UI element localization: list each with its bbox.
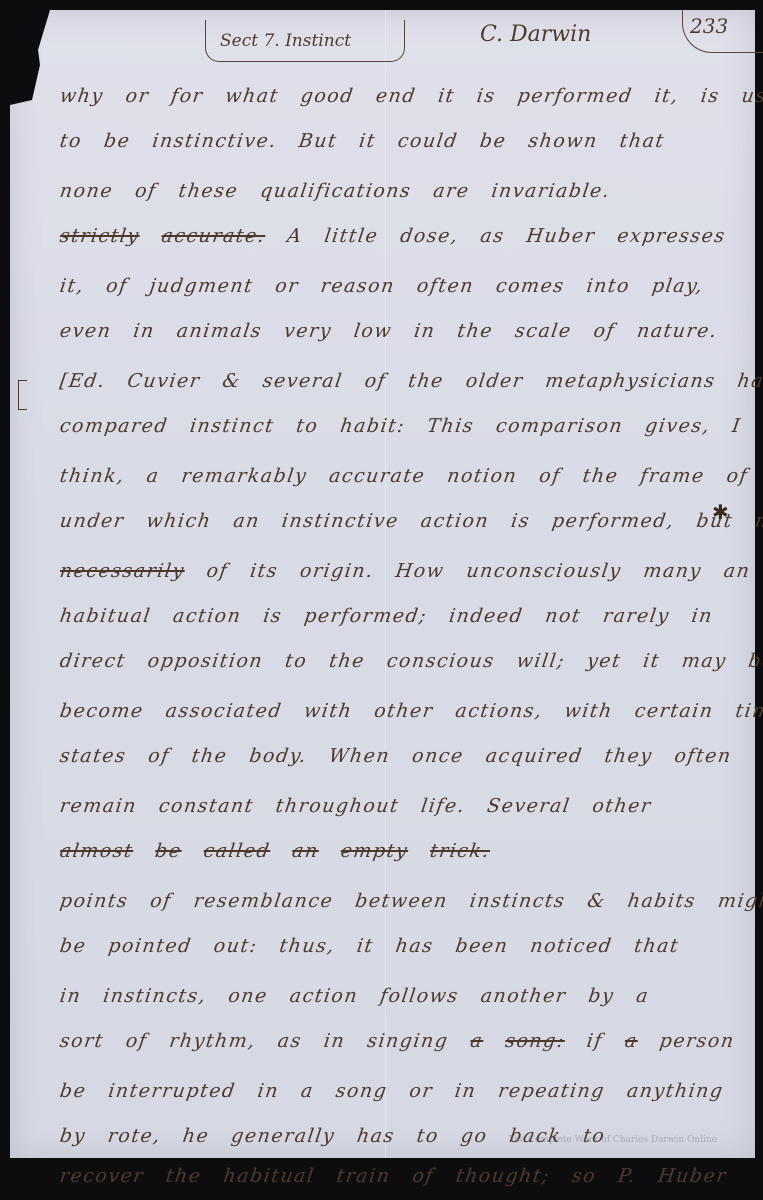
editorial-bracket	[18, 380, 27, 410]
manuscript-line: habitualactionisperformed;indeednotrarel…	[58, 605, 724, 627]
manuscript-line: beinterruptedinasongorinrepeatinganythin…	[58, 1080, 724, 1102]
manuscript-line: bepointedout:thus,ithasbeennoticedthat	[58, 935, 724, 957]
manuscript-line: eveninanimalsverylowinthescaleofnature.	[58, 320, 724, 342]
manuscript-line: sortofrhythm,asinsingingasong:ifaperson	[58, 1030, 724, 1052]
manuscript-line: almostbecalledanemptytrick.	[58, 840, 724, 862]
manuscript-line: ininstincts,oneactionfollowsanotherbya	[58, 985, 724, 1007]
manuscript-line: whyorforwhatgoodenditisperformedit,isusu…	[58, 85, 724, 107]
watermark: The Complete Work of Charles Darwin Onli…	[508, 1135, 717, 1145]
section-header: Sect 7. Instinct	[205, 20, 405, 62]
manuscript-line: [Ed.Cuvier&severaloftheoldermetaphysicia…	[58, 370, 724, 392]
page-number: 233	[690, 14, 728, 38]
manuscript-line: strictlyaccurate.Alittledose,asHuberexpr…	[58, 225, 724, 247]
section-label: Sect 7. Instinct	[220, 31, 351, 51]
manuscript-line: think,aremarkablyaccuratenotionofthefram…	[58, 465, 724, 487]
manuscript-line: remainconstantthroughoutlife.Severalothe…	[58, 795, 724, 817]
manuscript-line: comparedinstincttohabit:Thiscomparisongi…	[58, 415, 724, 437]
manuscript-line: necessarilyofitsorigin.Howunconsciouslym…	[58, 560, 724, 582]
manuscript-line: pointsofresemblancebetweeninstincts&habi…	[58, 890, 724, 912]
manuscript-line: statesofthebody.Whenonceacquiredtheyofte…	[58, 745, 724, 767]
manuscript-line: noneofthesequalificationsareinvariable.	[58, 180, 724, 202]
manuscript-line: directoppositiontotheconsciouswill;yetit…	[58, 650, 724, 672]
manuscript-line: it,ofjudgmentorreasonoftencomesintoplay,	[58, 275, 724, 297]
manuscript-line: underwhichaninstinctiveactionisperformed…	[58, 510, 724, 532]
manuscript-line: tobeinstinctive.Butitcouldbeshownthat	[58, 130, 724, 152]
manuscript-line: recoverthehabitualtrainofthought;soP.Hub…	[58, 1165, 724, 1187]
author-signature: C. Darwin	[480, 22, 591, 47]
manuscript-line: becomeassociatedwithotheractions,withcer…	[58, 700, 724, 722]
